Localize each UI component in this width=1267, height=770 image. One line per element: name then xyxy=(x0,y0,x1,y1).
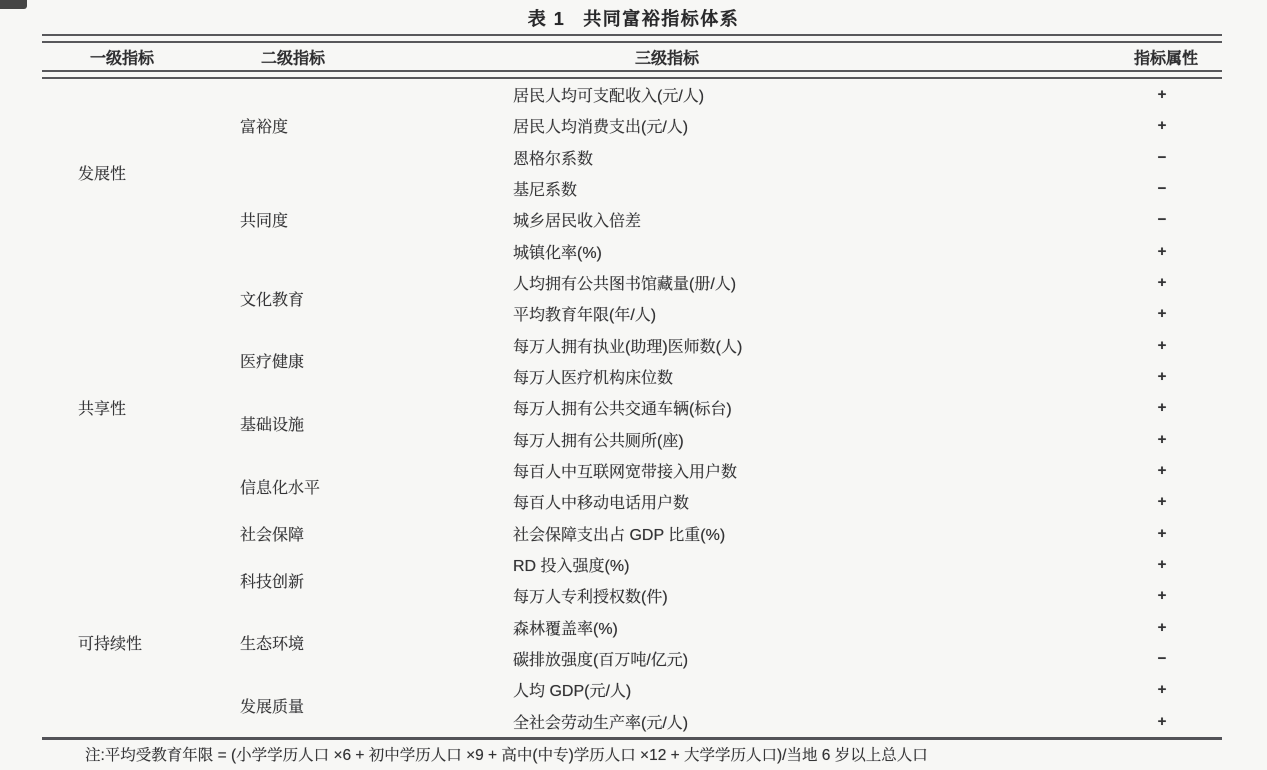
attribute-cell: + xyxy=(1102,79,1222,110)
level3-cell: 每百人中移动电话用户数 xyxy=(510,486,1102,517)
level3-cell: RD 投入强度(%) xyxy=(510,549,1102,580)
level3-cell: 每万人拥有公共厕所(座) xyxy=(510,424,1102,455)
attribute-cell: − xyxy=(1102,142,1222,173)
attribute-cell: + xyxy=(1102,612,1222,643)
attribute-cell: + xyxy=(1102,518,1222,549)
table-title-text: 共同富裕指标体系 xyxy=(583,9,739,29)
level3-cell: 每万人医疗机构床位数 xyxy=(510,361,1102,392)
attribute-cell: + xyxy=(1102,392,1222,423)
level3-cell: 城镇化率(%) xyxy=(510,236,1102,267)
level3-cell: 社会保障支出占 GDP 比重(%) xyxy=(510,518,1102,549)
attribute-cell: + xyxy=(1102,236,1222,267)
level2-cell: 科技创新 xyxy=(232,549,510,612)
level2-cell: 发展质量 xyxy=(232,674,510,737)
attribute-cell: − xyxy=(1102,173,1222,204)
header-bottom-rule xyxy=(42,70,1222,79)
level3-cell: 恩格尔系数 xyxy=(510,142,1102,173)
level3-cell: 森林覆盖率(%) xyxy=(510,612,1102,643)
level3-cell: 每万人拥有公共交通车辆(标台) xyxy=(510,392,1102,423)
attribute-cell: + xyxy=(1102,267,1222,298)
column-header-level3: 三级指标 xyxy=(635,45,699,68)
table-title: 表 1共同富裕指标体系 xyxy=(0,5,1267,31)
level1-cell: 发展性 xyxy=(42,79,232,267)
attribute-cell: + xyxy=(1102,674,1222,705)
table-top-rule xyxy=(42,34,1222,43)
table-note: 注:平均受教育年限 = (小学学历人口 ×6 + 初中学历人口 ×9 + 高中(… xyxy=(85,743,928,765)
scanned-paper-page: 表 1共同富裕指标体系 一级指标 二级指标 三级指标 指标属性 发展性富裕度居民… xyxy=(0,0,1267,770)
level2-cell: 富裕度 xyxy=(232,79,510,173)
attribute-cell: + xyxy=(1102,455,1222,486)
attribute-cell: + xyxy=(1102,361,1222,392)
table-header-row: 一级指标 二级指标 三级指标 指标属性 xyxy=(42,43,1222,70)
column-header-level2: 二级指标 xyxy=(261,45,325,68)
level3-cell: 居民人均可支配收入(元/人) xyxy=(510,79,1102,110)
level3-cell: 每万人拥有执业(助理)医师数(人) xyxy=(510,330,1102,361)
attribute-cell: + xyxy=(1102,580,1222,611)
attribute-cell: + xyxy=(1102,549,1222,580)
level3-cell: 全社会劳动生产率(元/人) xyxy=(510,706,1102,737)
attribute-cell: + xyxy=(1102,424,1222,455)
level3-cell: 每万人专利授权数(件) xyxy=(510,580,1102,611)
level2-cell: 基础设施 xyxy=(232,392,510,455)
indicator-table: 一级指标 二级指标 三级指标 指标属性 发展性富裕度居民人均可支配收入(元/人)… xyxy=(42,34,1222,740)
attribute-cell: − xyxy=(1102,643,1222,674)
level3-cell: 城乡居民收入倍差 xyxy=(510,204,1102,235)
level2-cell: 医疗健康 xyxy=(232,330,510,393)
attribute-cell: − xyxy=(1102,204,1222,235)
attribute-cell: + xyxy=(1102,486,1222,517)
level3-cell: 基尼系数 xyxy=(510,173,1102,204)
column-header-level1: 一级指标 xyxy=(90,45,154,68)
level1-cell: 可持续性 xyxy=(42,549,232,737)
attribute-cell: + xyxy=(1102,706,1222,737)
level3-cell: 平均教育年限(年/人) xyxy=(510,298,1102,329)
level2-cell: 共同度 xyxy=(232,173,510,267)
column-header-attribute: 指标属性 xyxy=(1134,45,1198,68)
level2-cell: 社会保障 xyxy=(232,518,510,549)
level3-cell: 居民人均消费支出(元/人) xyxy=(510,110,1102,141)
attribute-cell: + xyxy=(1102,110,1222,141)
level3-cell: 人均 GDP(元/人) xyxy=(510,674,1102,705)
table-body: 发展性富裕度居民人均可支配收入(元/人)+居民人均消费支出(元/人)+恩格尔系数… xyxy=(42,79,1222,737)
level1-cell: 共享性 xyxy=(42,267,232,549)
level2-cell: 信息化水平 xyxy=(232,455,510,518)
level3-cell: 每百人中互联网宽带接入用户数 xyxy=(510,455,1102,486)
level3-cell: 碳排放强度(百万吨/亿元) xyxy=(510,643,1102,674)
level2-cell: 生态环境 xyxy=(232,612,510,675)
level2-cell: 文化教育 xyxy=(232,267,510,330)
attribute-cell: + xyxy=(1102,330,1222,361)
table-bottom-rule xyxy=(42,737,1222,740)
table-number: 表 1 xyxy=(528,9,566,29)
attribute-cell: + xyxy=(1102,298,1222,329)
level3-cell: 人均拥有公共图书馆藏量(册/人) xyxy=(510,267,1102,298)
